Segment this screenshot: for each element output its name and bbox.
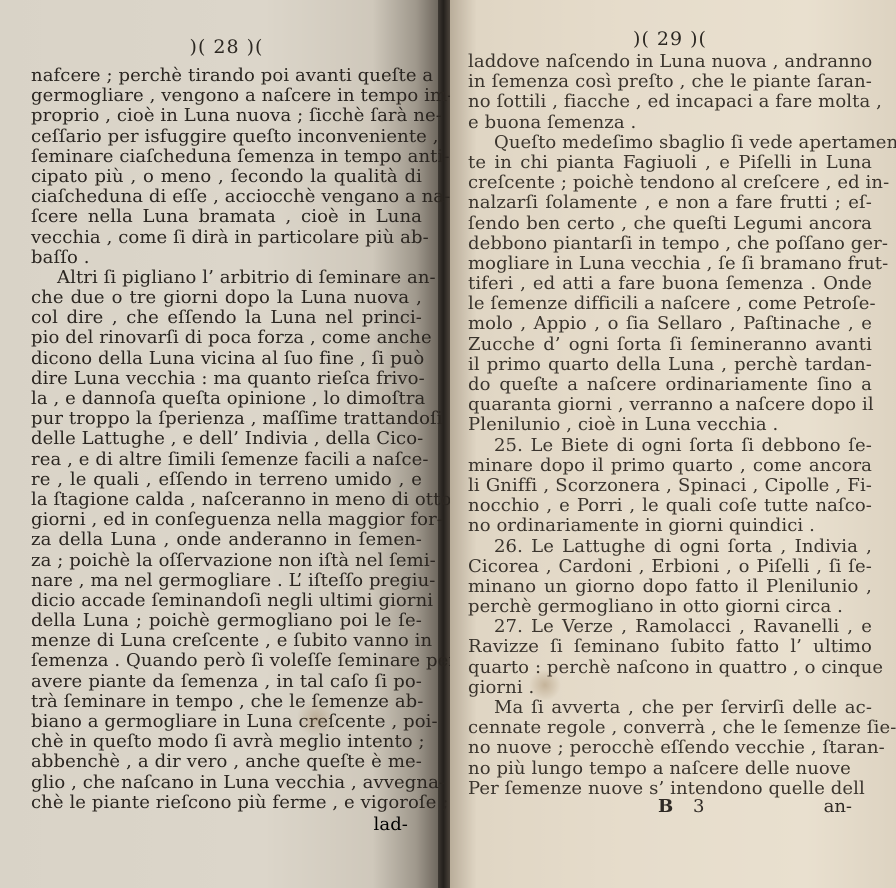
text-line: la ſtagione calda , naſceranno in meno d… bbox=[31, 490, 422, 510]
left-page-body-text: nafcere ; perchè tirando poi avanti queſ… bbox=[31, 66, 422, 813]
text-line: molo , Appio , o ſia Sellaro , Paſtinach… bbox=[468, 314, 872, 334]
text-line: Ma ſi avverta , che per ſervirſi delle a… bbox=[468, 698, 872, 718]
text-line: za della Luna , onde anderanno in ſemen- bbox=[31, 530, 422, 550]
text-line: 25. Le Biete di ogni ſorta ſi debbono ſe… bbox=[468, 436, 872, 456]
text-line: perchè germogliano in otto giorni circa … bbox=[468, 597, 872, 617]
text-line: creſcente ; poichè tendono al creſcere ,… bbox=[468, 173, 872, 193]
left-page: )( 28 )( nafcere ; perchè tirando poi av… bbox=[0, 0, 438, 888]
foxing-stain bbox=[296, 700, 336, 736]
right-catchword: an- bbox=[824, 796, 852, 817]
text-line: dire Luna vecchia : ma quanto rieſca fri… bbox=[31, 369, 422, 389]
text-line: col dire , che eſſendo la Luna nel princ… bbox=[31, 308, 422, 328]
text-line: giorni , ed in conſeguenza nella maggior… bbox=[31, 510, 422, 530]
text-line: quarto : perchè naſcono in quattro , o c… bbox=[468, 658, 872, 678]
text-line: 27. Le Verze , Ramolacci , Ravanelli , e bbox=[468, 617, 872, 637]
text-line: no nuove ; perocchè eſſendo vecchie , ſt… bbox=[468, 738, 872, 758]
left-catchword: lad- bbox=[31, 815, 422, 835]
text-line: nafcere ; perchè tirando poi avanti queſ… bbox=[31, 66, 422, 86]
text-line: trà ſeminare in tempo , che le ſemenze a… bbox=[31, 692, 422, 712]
text-line: no più lungo tempo a naſcere delle nuove bbox=[468, 759, 872, 779]
text-line: re , le quali , eſſendo in terreno umido… bbox=[31, 470, 422, 490]
page-number-29: )( 29 )( bbox=[468, 26, 872, 52]
text-line: baſſo . bbox=[31, 248, 422, 268]
text-line: te in chi pianta Fagiuoli , e Piſelli in… bbox=[468, 153, 872, 173]
text-line: mogliare in Luna vecchia , ſe ſi bramano… bbox=[468, 254, 872, 274]
text-line: Cicorea , Cardoni , Erbioni , o Piſelli … bbox=[468, 557, 872, 577]
text-line: cipato più , o meno , ſecondo la qualità… bbox=[31, 167, 422, 187]
text-line: germogliare , vengono a naſcere in tempo… bbox=[31, 86, 422, 106]
text-line: do queſte a naſcere ordinariamente ſino … bbox=[468, 375, 872, 395]
text-line: Zucche d’ ogni ſorta ſi ſemineranno avan… bbox=[468, 335, 872, 355]
text-line: tiferi , ed atti a fare buona ſemenza . … bbox=[468, 274, 872, 294]
text-line: il primo quarto della Luna , perchè tard… bbox=[468, 355, 872, 375]
text-line: Plenilunio , cioè in Luna vecchia . bbox=[468, 415, 872, 435]
text-line: pur troppo la ſperienza , maſſime tratta… bbox=[31, 409, 422, 429]
text-line: minare dopo il primo quarto , come ancor… bbox=[468, 456, 872, 476]
text-line: za ; poichè la oſſervazione non iſtà nel… bbox=[31, 551, 422, 571]
text-line: dicio accade ſeminandoſi negli ultimi gi… bbox=[31, 591, 422, 611]
text-line: debbono piantarſi in tempo , che poſſano… bbox=[468, 234, 872, 254]
text-line: vecchia , come ſi dirà in particolare pi… bbox=[31, 228, 422, 248]
text-line: nalzarſi ſolamente , e non a fare frutti… bbox=[468, 193, 872, 213]
text-line: rea , e di altre ſimili ſemenze facili a… bbox=[31, 450, 422, 470]
text-line: e buona ſemenza . bbox=[468, 113, 872, 133]
foxing-stain bbox=[528, 670, 562, 700]
right-page: )( 29 )( laddove naſcendo in Luna nuova … bbox=[450, 0, 896, 888]
text-line: li Gniffi , Scorzonera , Spinaci , Cipol… bbox=[468, 476, 872, 496]
text-line: laddove naſcendo in Luna nuova , andrann… bbox=[468, 52, 872, 72]
text-line: le ſemenze difficili a naſcere , come Pe… bbox=[468, 294, 872, 314]
text-line: ſeminare ciaſcheduna ſemenza in tempo an… bbox=[31, 147, 422, 167]
text-line: ſendo ben certo , che queſti Legumi anco… bbox=[468, 214, 872, 234]
text-line: Queſto medeſimo sbaglio ſi vede apertame… bbox=[468, 133, 872, 153]
text-line: la , e dannoſa queſta opinione , lo dimo… bbox=[31, 389, 422, 409]
text-line: ceſſario per isfuggire queſto inconvenie… bbox=[31, 127, 422, 147]
text-line: ſemenza . Quando però ſi voleſſe ſeminar… bbox=[31, 651, 422, 671]
text-line: pio del rinovarſi di poca forza , come a… bbox=[31, 328, 422, 348]
text-line: glio , che naſcano in Luna vecchia , avv… bbox=[31, 773, 422, 793]
text-line: avere piante da ſemenza , in tal caſo ſi… bbox=[31, 672, 422, 692]
text-line: 26. Le Lattughe di ogni ſorta , Indivia … bbox=[468, 537, 872, 557]
page-footer: B 3 an- bbox=[468, 796, 872, 820]
text-line: nocchio , e Porri , le quali coſe tutte … bbox=[468, 496, 872, 516]
text-line: in ſemenza così preſto , che le piante ſ… bbox=[468, 72, 872, 92]
text-line: Altri ſi pigliano l’ arbitrio di ſeminar… bbox=[31, 268, 422, 288]
signature-number: 3 bbox=[693, 796, 704, 817]
text-line: no ſottili , fiacche , ed incapaci a far… bbox=[468, 92, 872, 112]
signature-mark: B bbox=[658, 796, 673, 817]
text-line: chè in queſto modo ſi avrà meglio intent… bbox=[31, 732, 422, 752]
text-line: Ravizze ſi ſeminano ſubito fatto l’ ulti… bbox=[468, 637, 872, 657]
text-line: nare , ma nel germogliare . L’ iſteſſo p… bbox=[31, 571, 422, 591]
text-line: no ordinariamente in giorni quindici . bbox=[468, 516, 872, 536]
text-line: delle Lattughe , e dell’ Indivia , della… bbox=[31, 429, 422, 449]
text-line: ciaſcheduna di eſſe , acciocchè vengano … bbox=[31, 187, 422, 207]
text-line: biano a germogliare in Luna creſcente , … bbox=[31, 712, 422, 732]
book-spread: )( 28 )( nafcere ; perchè tirando poi av… bbox=[0, 0, 896, 888]
text-line: cennate regole , converrà , che le ſemen… bbox=[468, 718, 872, 738]
text-line: della Luna ; poichè germogliano poi le ſ… bbox=[31, 611, 422, 631]
text-line: ſcere nella Luna bramata , cioè in Luna bbox=[31, 207, 422, 227]
text-line: abbenchè , a dir vero , anche queſte è m… bbox=[31, 752, 422, 772]
text-line: proprio , cioè in Luna nuova ; ſicchè ſa… bbox=[31, 106, 422, 126]
text-line: chè le piante rieſcono più ferme , e vig… bbox=[31, 793, 422, 813]
text-line: menze di Luna creſcente , e ſubito vanno… bbox=[31, 631, 422, 651]
text-line: dicono della Luna vicina al ſuo fine , ſ… bbox=[31, 349, 422, 369]
text-line: che due o tre giorni dopo la Luna nuova … bbox=[31, 288, 422, 308]
text-line: minano un giorno dopo fatto il Pleniluni… bbox=[468, 577, 872, 597]
book-gutter bbox=[438, 0, 450, 888]
text-line: quaranta giorni , verranno a naſcere dop… bbox=[468, 395, 872, 415]
page-number-28: )( 28 )( bbox=[31, 34, 422, 60]
